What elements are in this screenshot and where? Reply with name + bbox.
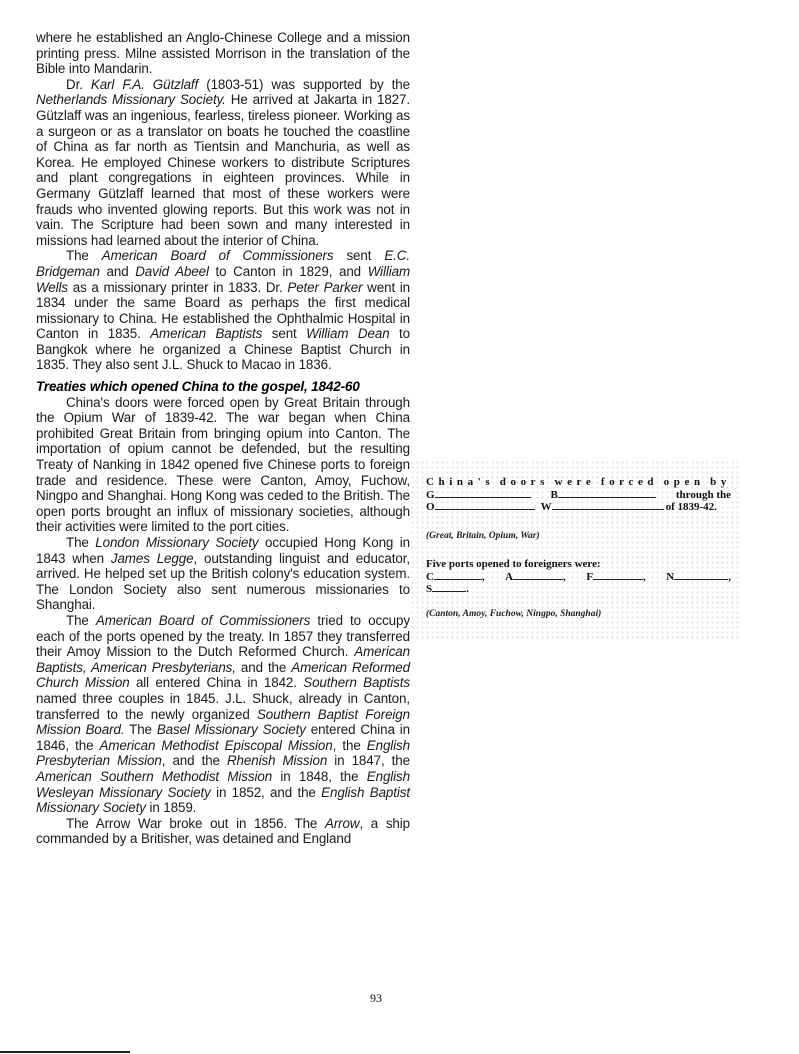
- italic-text: Southern Baptists: [303, 675, 410, 690]
- italic-text: Netherlands Missionary Society.: [36, 92, 226, 107]
- quiz-q2-blanks-row: C, A, F, N,: [426, 571, 731, 584]
- section-paragraph: The Arrow War broke out in 1856. The Arr…: [36, 816, 410, 847]
- italic-text: Arrow: [325, 816, 359, 831]
- text: Dr.: [66, 77, 91, 92]
- italic-text: Karl F.A. Gützlaff: [91, 77, 198, 92]
- text: The: [66, 248, 102, 263]
- italic-text: James Legge: [111, 551, 194, 566]
- text: as a missionary printer in 1833. Dr.: [68, 280, 287, 295]
- italic-text: David Abeel: [135, 264, 209, 279]
- blank-ningpo[interactable]: [674, 571, 728, 580]
- quiz-question-1: China'sdoorswereforcedopenby G B through…: [426, 476, 731, 514]
- text: in 1859.: [146, 800, 196, 815]
- italic-text: Basel Missionary Society: [157, 722, 306, 737]
- section-paragraph: The London Missionary Society occupied H…: [36, 535, 410, 613]
- section-paragraph: The American Board of Commissioners trie…: [36, 613, 410, 816]
- blank-great[interactable]: [435, 489, 531, 498]
- text: in 1848, the: [272, 769, 367, 784]
- text: sent: [262, 326, 306, 341]
- quiz-q2-line1: Five ports opened to foreigners were:: [426, 558, 731, 571]
- italic-text: Peter Parker: [287, 280, 362, 295]
- blank-shanghai[interactable]: [432, 583, 466, 592]
- blank-fuchow[interactable]: [593, 571, 643, 580]
- text: sent: [334, 248, 385, 263]
- text: He arrived at Jakarta in 1827. Gützlaff …: [36, 92, 410, 247]
- quiz-word: were: [555, 476, 596, 489]
- blank-canton[interactable]: [434, 571, 482, 580]
- blank-opium[interactable]: [435, 501, 535, 510]
- text: The: [66, 535, 95, 550]
- italic-text: Rhenish Mission: [227, 753, 327, 768]
- quiz-question-2: Five ports opened to foreigners were: C,…: [426, 558, 731, 596]
- quiz-word: by: [710, 476, 731, 489]
- text: to Canton in 1829, and: [209, 264, 368, 279]
- main-text-column: where he established an Anglo-Chinese Co…: [36, 30, 410, 847]
- blank-war[interactable]: [552, 501, 664, 510]
- intro-paragraph: where he established an Anglo-Chinese Co…: [36, 30, 410, 77]
- quiz-word: China's: [426, 476, 494, 489]
- text: The: [66, 613, 96, 628]
- blank-amoy[interactable]: [513, 571, 563, 580]
- intro-paragraph: Dr. Karl F.A. Gützlaff (1803-51) was sup…: [36, 77, 410, 249]
- quiz-q2-last-line: S.: [426, 583, 731, 596]
- text: and: [100, 264, 135, 279]
- text: , the: [333, 738, 367, 753]
- text: where he established an Anglo-Chinese Co…: [36, 30, 410, 76]
- quiz-q1-line3: O W of 1839-42.: [426, 501, 731, 514]
- text: and the: [236, 660, 291, 675]
- text: in 1847, the: [327, 753, 410, 768]
- italic-text: William Dean: [306, 326, 389, 341]
- text: all entered China in 1842.: [130, 675, 304, 690]
- intro-paragraph: The American Board of Commissioners sent…: [36, 248, 410, 373]
- page-number: 93: [370, 991, 382, 1006]
- italic-text: London Missionary Society: [95, 535, 258, 550]
- text: China's doors were forced open by Great …: [36, 395, 410, 535]
- quiz-answer-1: (Great, Britain, Opium, War): [426, 531, 540, 541]
- quiz-answer-2: (Canton, Amoy, Fuchow, Ningpo, Shanghai): [426, 609, 601, 619]
- quiz-word: open: [664, 476, 705, 489]
- intro-paragraphs: where he established an Anglo-Chinese Co…: [36, 30, 410, 373]
- section-heading: Treaties which opened China to the gospe…: [36, 379, 410, 395]
- quiz-word: forced: [601, 476, 658, 489]
- text: The Arrow War broke out in 1856. The: [66, 816, 325, 831]
- quiz-q1-line1: China'sdoorswereforcedopenby: [426, 476, 731, 489]
- text: , and the: [162, 753, 227, 768]
- quiz-q1-line2: G B through the: [426, 489, 731, 502]
- text: (1803-51) was supported by the: [198, 77, 410, 92]
- quiz-word: doors: [500, 476, 549, 489]
- italic-text: American Board of Commissioners: [102, 248, 334, 263]
- text: in 1852, and the: [211, 785, 321, 800]
- text: The: [124, 722, 156, 737]
- italic-text: American Board of Commissioners: [96, 613, 310, 628]
- italic-text: American Baptists: [150, 326, 262, 341]
- section-paragraphs: China's doors were forced open by Great …: [36, 395, 410, 847]
- italic-text: American Southern Methodist Mission: [36, 769, 272, 784]
- section-paragraph: China's doors were forced open by Great …: [36, 395, 410, 535]
- blank-britain[interactable]: [558, 489, 656, 498]
- italic-text: American Methodist Episcopal Mission: [100, 738, 333, 753]
- bottom-rule: [0, 1051, 130, 1053]
- fill-in-quiz-box: China'sdoorswereforcedopenby G B through…: [410, 460, 740, 640]
